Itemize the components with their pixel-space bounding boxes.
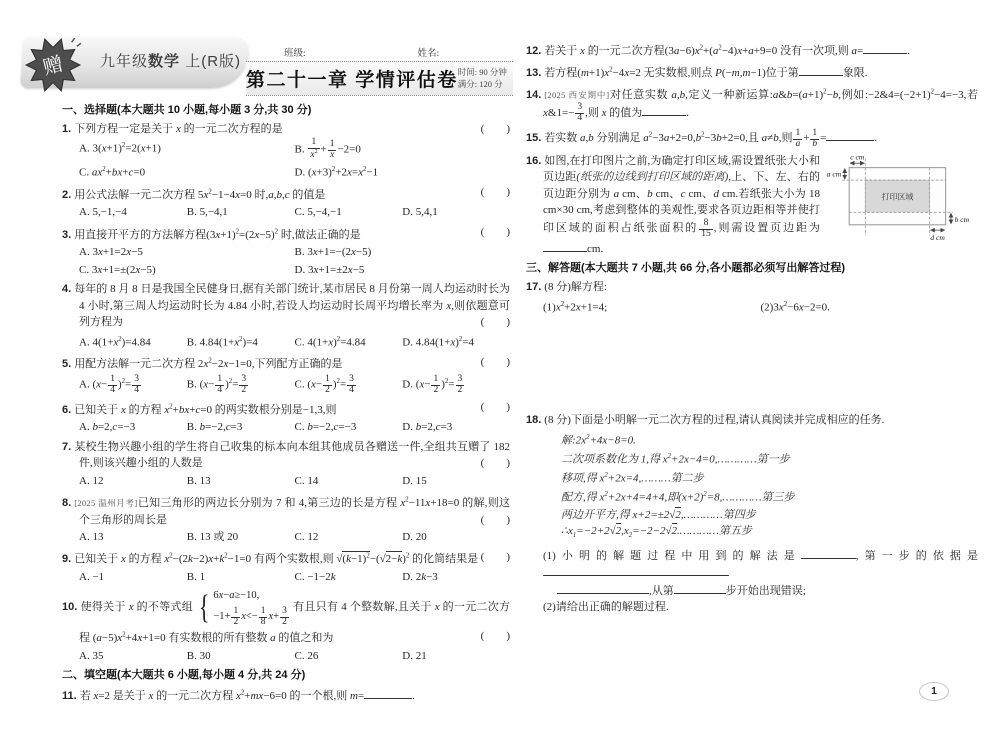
question-stem: 使得关于 x 的不等式组{6x−a≥−10,−1+12x<−18x+32有且只有… — [79, 601, 510, 644]
options-row: C. 3x+1=±(2x−5) D. 3x+1=±2x−5 — [79, 262, 510, 279]
question-stem: 用配方法解一元二次方程 2x2−2x−1=0,下列配方正确的是( ) — [74, 358, 342, 370]
option-b: B. 13 或 20 — [187, 529, 295, 546]
question-3: 3.用直接开平方的方法解方程(3x+1)2=(2x−5)2 时,做法正确的是( … — [62, 224, 510, 278]
section-answer-header: 三、解答题(本大题共 7 小题,共 66 分,各小题都必须写出解答过程) — [526, 260, 978, 277]
option-d: D. 20 — [402, 529, 510, 546]
question-stem: 已知关于 x 的方程 x2−(2k−2)x+k2−1=0 有两个实数根,则 √(… — [74, 553, 478, 565]
question-number: 16. — [526, 155, 541, 167]
solution-step: 配方,得 x2+2x+4=4+4,即(x+2)2=8,…………第三步 — [561, 487, 978, 506]
question-11: 11.若 x=2 是关于 x 的一元二次方程 x2+mx−6=0 的一个根,则 … — [62, 686, 510, 705]
question-15: 15.若实数 a,b 分别满足 a2−3a+2=0,b2−3b+2=0,且 a≠… — [526, 127, 978, 149]
option-c: C. 26 — [295, 648, 403, 665]
class-label: 班级: — [246, 45, 380, 59]
question-number: 13. — [526, 67, 541, 79]
option-d: D. 2k−3 — [402, 569, 510, 586]
option-a: A. 12 — [79, 473, 187, 490]
option-b: B. 30 — [187, 648, 295, 665]
question-number: 11. — [62, 690, 77, 702]
title-row: 第二十一章 学情评估卷 时间: 90 分钟 满分: 120 分 — [246, 62, 513, 96]
question-number: 6. — [62, 404, 71, 416]
question-number: 14. — [526, 89, 541, 101]
question-stem: 若关于 x 的一元二次方程(3a−6)x2+(a2−4)x+a+9=0 没有一次… — [544, 45, 910, 57]
question-number: 18. — [526, 414, 541, 426]
option-c: C. 4(1+x)2=4.84 — [295, 332, 403, 351]
option-a: A. 5,−1,−4 — [79, 204, 187, 221]
question-number: 17. — [526, 281, 541, 293]
option-c: C. 14 — [295, 473, 403, 490]
right-column: 12.若关于 x 的一元二次方程(3a−6)x2+(a2−4)x+a+9=0 没… — [526, 40, 978, 619]
equation-part-2: (2)3x2−6x−2=0. — [761, 297, 979, 316]
question-13: 13.若方程(m+1)x2−4x=2 无实数根,则点 P(−m,m−1)位于第象… — [526, 62, 978, 81]
question-number: 5. — [62, 358, 71, 370]
section-choice-header: 一、选择题(本大题共 10 小题,每小题 3 分,共 30 分) — [62, 102, 510, 119]
exam-paper-page: 赠 九年级数学 上(R版) 班级: 姓名: 第二十一章 学情评估卷 时间: 90… — [0, 0, 1000, 735]
question-stem: 用公式法解一元二次方程 5x2−1−4x=0 时,a,b,c 的值是( ) — [74, 189, 325, 201]
question-14: 14.[2025 西安期中]对任意实数 a,b,定义一种新运算:a&b=(a+1… — [526, 84, 978, 124]
option-a: A. −1 — [79, 569, 187, 586]
option-c: C. 5,−4,−1 — [295, 204, 403, 221]
task-line-1: (1)小明的解题过程中用到的解法是,第一步的依据是 — [543, 547, 978, 582]
question-17: 17.(8 分)解方程: (1)x2+2x+1=4; (2)3x2−6x−2=0… — [526, 279, 978, 317]
question-number: 1. — [62, 123, 71, 135]
solution-step: 解:2x2+4x−8=0. — [561, 430, 978, 449]
solution-step: ∴x1=−2+2√2,x2=−2−2√2.…………第五步 — [561, 523, 978, 545]
question-stem: 已知关于 x 的方程 x2+bx+c=0 的两实数根分别是−1,3,则( ) — [74, 404, 336, 416]
question-9: 9.已知关于 x 的方程 x2−(2k−2)x+k2−1=0 有两个实数根,则 … — [62, 549, 510, 586]
question-18: 18.(8 分)下面是小明解一元二次方程的过程,请认真阅读并完成相应的任务. 解… — [526, 412, 978, 615]
option-a: A. (x−14)2=34 — [79, 374, 187, 396]
gift-badge-starburst: 赠 — [24, 38, 82, 92]
option-d: D. (x+3)2+2x=x2−1 — [295, 162, 511, 181]
option-b: B. 13 — [187, 473, 295, 490]
option-c: C. −1−2k — [295, 569, 403, 586]
paper-header: 班级: 姓名: 第二十一章 学情评估卷 时间: 90 分钟 满分: 120 分 — [246, 36, 513, 96]
question-number: 12. — [526, 45, 541, 57]
series-title: 九年级数学 上(R版) — [100, 50, 241, 71]
option-a: A. 35 — [79, 648, 187, 665]
options-row: A. (x−14)2=34 B. (x−14)2=32 C. (x−12)2=3… — [79, 374, 510, 396]
question-stem: 若实数 a,b 分别满足 a2−3a+2=0,b2−3b+2=0,且 a≠b,则… — [544, 132, 877, 144]
solution-step: 移项,得 x2+2x=4,………第二步 — [561, 468, 978, 487]
task-line-3: (2)请给出正确的解题过程. — [543, 599, 978, 616]
question-number: 3. — [62, 229, 71, 241]
options-row: A. 3x+1=2x−5 B. 3x+1=−(2x−5) — [79, 244, 510, 261]
question-7: 7.某校生物兴趣小组的学生将自己收集的标本向本组其他成员各赠送一件,全组共互赠了… — [62, 439, 510, 490]
option-a: A. 3(x+1)2=2(x+1) — [79, 138, 295, 161]
question-number: 15. — [526, 132, 541, 144]
option-b: B. 1 — [187, 569, 295, 586]
question-stem: 下列方程一定是关于 x 的一元二次方程的是( ) — [74, 123, 282, 135]
option-c: C. 12 — [295, 529, 403, 546]
option-b: B. b=−2,c=3 — [187, 419, 295, 436]
question-6: 6.已知关于 x 的方程 x2+bx+c=0 的两实数根分别是−1,3,则( )… — [62, 399, 510, 436]
equation-part-1: (1)x2+2x+1=4; — [543, 297, 761, 316]
question-number: 10. — [62, 601, 77, 613]
question-10: 10.使得关于 x 的不等式组{6x−a≥−10,−1+12x<−18x+32有… — [62, 588, 510, 664]
figure-d-label: d cm — [930, 233, 945, 242]
option-c: C. ax2+bx+c=0 — [79, 162, 295, 181]
question-2: 2.用公式法解一元二次方程 5x2−1−4x=0 时,a,b,c 的值是( ) … — [62, 184, 510, 221]
question-8: 8.[2025 温州月考]已知三角形的两边长分别为 7 和 4,第三边的长是方程… — [62, 492, 510, 545]
question-stem: 每年的 8 月 8 日是我国全民健身日,据有关部门统计,某市居民 8 月份第一周… — [74, 283, 510, 328]
question-number: 2. — [62, 189, 71, 201]
option-b: B. 3x+1=−(2x−5) — [295, 244, 511, 261]
page-number-badge: 1 — [919, 682, 949, 701]
question-stem: 某校生物兴趣小组的学生将自己收集的标本向本组其他成员各赠送一件,全组共互赠了 1… — [74, 441, 510, 470]
student-info-row: 班级: 姓名: — [246, 36, 513, 62]
option-b: B. 1x2+1x−2=0 — [295, 138, 511, 161]
figure-b-label: b cm — [955, 215, 970, 224]
options-row: A. b=2,c=−3 B. b=−2,c=3 C. b=−2,c=−3 D. … — [79, 419, 510, 436]
solution-step: 两边开平方,得 x+2=±2√2,…………第四步 — [561, 507, 978, 524]
option-d: D. 21 — [402, 648, 510, 665]
question-head: (8 分)下面是小明解一元二次方程的过程,请认真阅读并完成相应的任务. — [544, 414, 884, 426]
equation-parts-row: (1)x2+2x+1=4; (2)3x2−6x−2=0. — [543, 297, 978, 316]
section-fill-header: 二、填空题(本大题共 6 小题,每小题 4 分,共 24 分) — [62, 667, 510, 684]
question-number: 9. — [62, 553, 71, 565]
options-row: A. −1 B. 1 C. −1−2k D. 2k−3 — [79, 569, 510, 586]
question-1: 1.下列方程一定是关于 x 的一元二次方程的是( ) A. 3(x+1)2=2(… — [62, 121, 510, 182]
option-b: B. 5,−4,1 — [187, 204, 295, 221]
options-row: A. 13 B. 13 或 20 C. 12 D. 20 — [79, 529, 510, 546]
option-d: D. 5,4,1 — [402, 204, 510, 221]
question-stem: [2025 温州月考]已知三角形的两边长分别为 7 和 4,第三边的长是方程 x… — [74, 497, 510, 526]
option-a: A. b=2,c=−3 — [79, 419, 187, 436]
option-a: A. 13 — [79, 529, 187, 546]
figure-a-label: a cm — [827, 169, 842, 178]
options-row: A. 3(x+1)2=2(x+1) B. 1x2+1x−2=0 — [79, 138, 510, 161]
name-label: 姓名: — [380, 45, 514, 59]
option-b: B. 4.84(1+x2)=4 — [187, 332, 295, 351]
question-number: 4. — [62, 283, 71, 295]
question-stem: 若 x=2 是关于 x 的一元二次方程 x2+mx−6=0 的一个根,则 m=. — [80, 690, 415, 702]
print-area-figure: 打印区域 c cm a cm b cm d cm — [826, 153, 976, 243]
question-head: (8 分)解方程: — [544, 281, 607, 293]
option-d: D. 15 — [402, 473, 510, 490]
left-column: 一、选择题(本大题共 10 小题,每小题 3 分,共 30 分) 1.下列方程一… — [62, 101, 510, 708]
score-label: 满分: 120 分 — [458, 79, 511, 90]
question-number: 7. — [62, 441, 71, 453]
time-score-box: 时间: 90 分钟 满分: 120 分 — [458, 67, 513, 90]
question-stem: 若方程(m+1)x2−4x=2 无实数根,则点 P(−m,m−1)位于第象限. — [544, 67, 867, 79]
question-stem: [2025 西安期中]对任意实数 a,b,定义一种新运算:a&b=(a+1)2−… — [543, 89, 978, 119]
option-a: A. 3x+1=2x−5 — [79, 244, 295, 261]
solution-steps: 解:2x2+4x−8=0. 二次项系数化为 1,得 x2+2x−4=0,…………… — [561, 430, 978, 545]
options-row: A. 35 B. 30 C. 26 D. 21 — [79, 648, 510, 665]
solution-step: 二次项系数化为 1,得 x2+2x−4=0,…………第一步 — [561, 449, 978, 468]
options-row: A. 12 B. 13 C. 14 D. 15 — [79, 473, 510, 490]
print-area-figure-wrap: 打印区域 c cm a cm b cm d cm — [826, 153, 978, 249]
task-line-2: ,从第步开始出现错误; — [543, 582, 978, 600]
question-number: 8. — [62, 497, 71, 509]
option-d: D. 3x+1=±2x−5 — [295, 262, 511, 279]
time-label: 时间: 90 分钟 — [458, 67, 511, 78]
question-stem: 用直接开平方的方法解方程(3x+1)2=(2x−5)2 时,做法正确的是( ) — [74, 229, 360, 241]
options-row: A. 4(1+x2)=4.84 B. 4.84(1+x2)=4 C. 4(1+x… — [79, 332, 510, 351]
option-c: C. b=−2,c=−3 — [295, 419, 403, 436]
question-5: 5.用配方法解一元二次方程 2x2−2x−1=0,下列配方正确的是( ) A. … — [62, 354, 510, 397]
question-16: 打印区域 c cm a cm b cm d cm 16.如图,在打印图片之前,为… — [526, 153, 978, 257]
option-c: C. 3x+1=±(2x−5) — [79, 262, 295, 279]
options-row: A. 5,−1,−4 B. 5,−4,1 C. 5,−4,−1 D. 5,4,1 — [79, 204, 510, 221]
options-row: C. ax2+bx+c=0 D. (x+3)2+2x=x2−1 — [79, 162, 510, 181]
option-d: D. b=2,c=3 — [402, 419, 510, 436]
paper-title: 第二十一章 学情评估卷 — [246, 65, 458, 92]
figure-area-label: 打印区域 — [881, 191, 913, 201]
option-b: B. (x−14)2=32 — [187, 374, 295, 396]
question-4: 4.每年的 8 月 8 日是我国全民健身日,据有关部门统计,某市居民 8 月份第… — [62, 281, 510, 351]
question-12: 12.若关于 x 的一元二次方程(3a−6)x2+(a2−4)x+a+9=0 没… — [526, 40, 978, 59]
option-d: D. (x−12)2=32 — [402, 374, 510, 396]
option-a: A. 4(1+x2)=4.84 — [79, 332, 187, 351]
option-c: C. (x−12)2=34 — [295, 374, 403, 396]
question-stem: 如图,在打印图片之前,为确定打印区域,需设置纸张大小和页边距(纸张的边线到打印区… — [543, 155, 820, 255]
figure-c-label: c cm — [850, 153, 865, 162]
option-d: D. 4.84(1+x)2=4 — [402, 332, 510, 351]
